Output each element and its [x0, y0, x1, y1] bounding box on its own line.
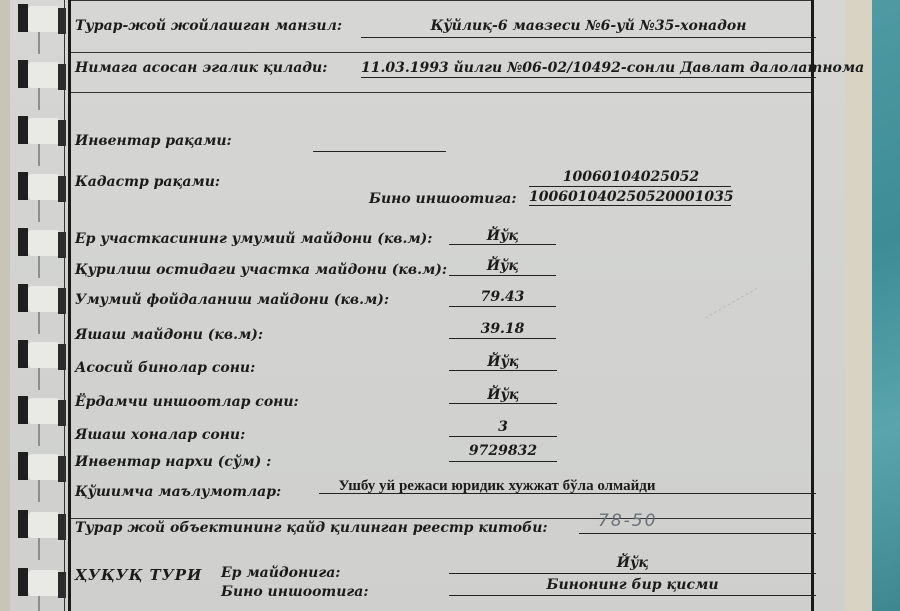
- row-divider: [71, 518, 811, 519]
- living-rooms-count-underline: [449, 436, 557, 437]
- address-value: Қўйлиқ-6 мавзеси №6-уй №35-хонадон: [361, 18, 816, 34]
- ownership-basis-value: 11.03.1993 йилги №06-02/10492-сонли Давл…: [361, 60, 816, 76]
- inventory-price-label: Инвентар нархи (сўм) :: [75, 454, 271, 470]
- inventory-price-value: 9729832: [449, 443, 557, 459]
- inventory-number-label: Инвентар рақами:: [75, 133, 232, 149]
- living-rooms-count-label: Яшаш хоналар сони:: [75, 427, 245, 443]
- registry-book-underline: [579, 533, 816, 534]
- registry-book-handwritten-value: 78-50: [598, 511, 657, 531]
- faint-pencil-mark: [705, 288, 777, 353]
- land-total-area-underline: [449, 244, 556, 245]
- binding-ring: [16, 228, 64, 268]
- cadastre-number-label: Кадастр рақами:: [75, 174, 220, 190]
- additional-info-label: Қўшимча маълумотлар:: [75, 484, 281, 500]
- main-buildings-count-value: Йўқ: [449, 354, 557, 370]
- living-area-underline: [449, 338, 556, 339]
- rights-land-label: Ер майдонига:: [221, 565, 340, 581]
- address-label: Турар-жой жойлашган манзил:: [75, 18, 342, 34]
- row-divider: [71, 52, 811, 53]
- rights-building-underline: [449, 595, 816, 596]
- rights-land-value: Йўқ: [449, 555, 816, 571]
- binding-comb: [10, 0, 68, 611]
- auxiliary-structures-count-label: Ёрдамчи иншоотлар сони:: [75, 394, 299, 410]
- built-area-underline: [449, 275, 556, 276]
- total-usable-area-value: 79.43: [449, 289, 556, 305]
- living-area-value: 39.18: [449, 321, 556, 337]
- binding-ring: [16, 4, 64, 44]
- registry-book-label: Турар жой объектининг қайд қилинган реес…: [75, 520, 548, 536]
- main-buildings-count-label: Асосий бинолар сони:: [75, 360, 255, 376]
- binding-ring: [16, 60, 64, 100]
- rights-land-underline: [449, 573, 816, 574]
- binding-ring: [16, 340, 64, 380]
- land-total-area-value: Йўқ: [449, 228, 556, 244]
- building-structure-label: Бино иншоотига:: [369, 191, 517, 207]
- total-usable-area-label: Умумий фойдаланиш майдони (кв.м):: [75, 292, 389, 308]
- ownership-basis-underline: [361, 77, 816, 78]
- cadastre-number-value: 10060104025052: [531, 169, 731, 185]
- auxiliary-structures-count-value: Йўқ: [449, 387, 557, 403]
- main-buildings-count-underline: [449, 370, 557, 371]
- built-area-value: Йўқ: [449, 258, 556, 274]
- total-usable-area-underline: [449, 306, 556, 307]
- inventory-price-underline: [449, 461, 557, 462]
- binding-ring: [16, 172, 64, 212]
- additional-info-underline: [319, 493, 816, 494]
- living-area-label: Яшаш майдони (кв.м):: [75, 327, 263, 343]
- land-total-area-label: Ер участкасининг умумий майдони (кв.м):: [75, 231, 432, 247]
- document-page: Турар-жой жойлашган манзил: Қўйлиқ-6 мав…: [10, 0, 845, 611]
- rights-building-value: Бинонинг бир қисми: [449, 577, 816, 593]
- row-divider: [71, 92, 811, 93]
- binding-ring: [16, 568, 64, 608]
- binding-ring: [16, 284, 64, 324]
- binding-ring: [16, 452, 64, 492]
- inventory-number-underline: [313, 151, 446, 152]
- binding-ring: [16, 116, 64, 156]
- cadastre-number-underline: [529, 186, 731, 187]
- ownership-basis-label: Нимага асосан эгалик қилади:: [75, 60, 327, 76]
- row-divider: [71, 0, 811, 1]
- rights-building-label: Бино иншоотига:: [221, 584, 369, 600]
- binding-ring: [16, 510, 64, 550]
- address-underline: [361, 37, 816, 38]
- binding-ring: [16, 396, 64, 436]
- rights-type-title: ҲУҚУҚ ТУРИ: [75, 566, 202, 584]
- living-rooms-count-value: 3: [449, 419, 557, 435]
- form-frame: Турар-жой жойлашган манзил: Қўйлиқ-6 мав…: [68, 0, 814, 611]
- built-area-label: Қурилиш остидаги участка майдони (кв.м):: [75, 262, 447, 278]
- table-surface: [868, 0, 900, 611]
- building-structure-value: 10060104025052000​1035: [529, 189, 731, 205]
- auxiliary-structures-count-underline: [449, 403, 557, 404]
- building-structure-underline: [529, 205, 731, 206]
